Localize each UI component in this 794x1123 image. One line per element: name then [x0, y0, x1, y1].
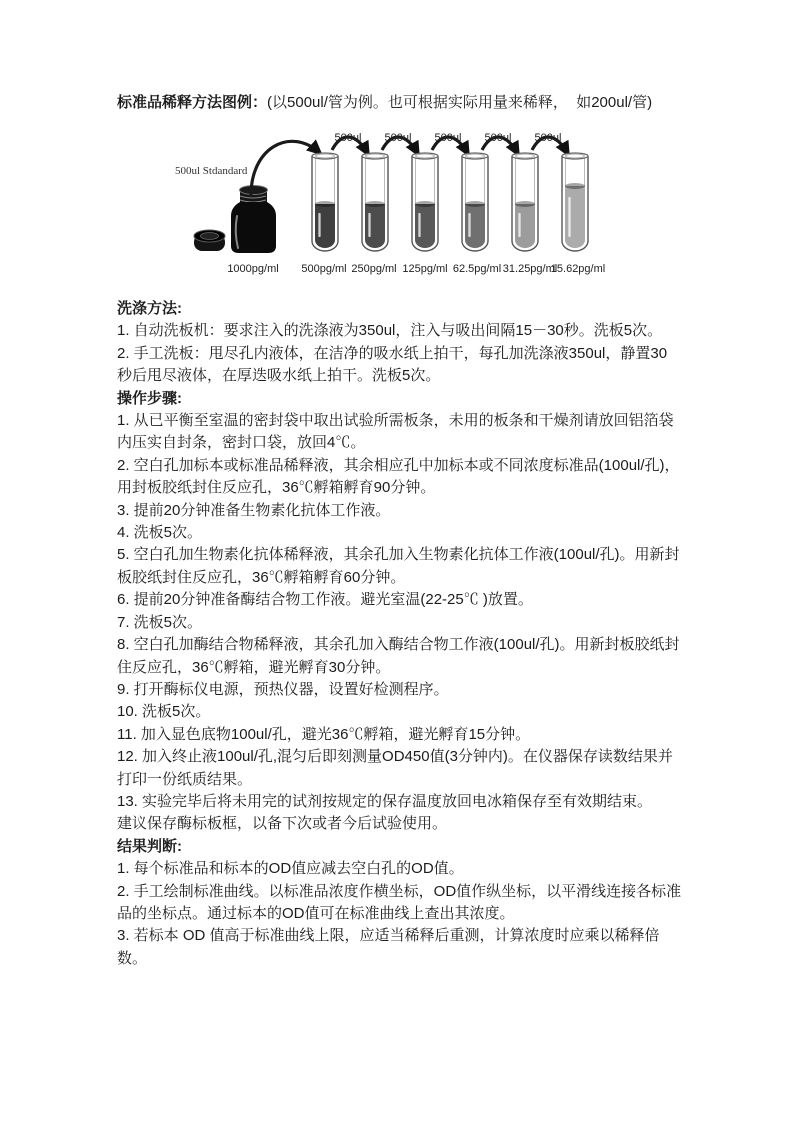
procedure-step: 3. 提前20分钟准备生物素化抗体工作液。 — [117, 500, 682, 522]
page-content: 标准品稀释方法图例：(以500ul/管为例。也可根据实际用量来稀释， 如200u… — [117, 92, 682, 970]
procedure-step: 1. 从已平衡至室温的密封袋中取出试验所需板条，未用的板条和干燥剂请放回铝箔袋内… — [117, 410, 682, 455]
transfer-volume-label: 500ul — [435, 132, 462, 144]
standard-bottle-icon — [231, 186, 276, 254]
tube-label: 250pg/ml — [351, 263, 396, 275]
procedure-step: 9. 打开酶标仪电源，预热仪器，设置好检测程序。 — [117, 679, 682, 701]
result-item: 2. 手工绘制标准曲线。以标准品浓度作横坐标，OD值作纵坐标，以平滑线连接各标准… — [117, 881, 682, 926]
test-tube — [412, 153, 438, 251]
tube-label: 62.5pg/ml — [453, 263, 501, 275]
section-heading-procedure: 操作步骤: — [117, 388, 682, 410]
washing-step: 1. 自动洗板机：要求注入的洗涤液为350ul，注入与吸出间隔15－30秒。洗板… — [117, 320, 682, 342]
procedure-step: 11. 加入显色底物100ul/孔，避光36℃孵箱，避光孵育15分钟。 — [117, 724, 682, 746]
test-tube — [362, 153, 388, 251]
procedure-step: 6. 提前20分钟准备酶结合物工作液。避光室温(22-25℃ )放置。 — [117, 589, 682, 611]
washing-step: 2. 手工洗板：甩尽孔内液体，在洁净的吸水纸上拍干，每孔加洗涤液350ul，静置… — [117, 343, 682, 388]
procedure-step: 2. 空白孔加标本或标准品稀释液，其余相应孔中加标本或不同浓度标准品(100ul… — [117, 455, 682, 500]
procedure-step: 5. 空白孔加生物素化抗体稀释液，其余孔加入生物素化抗体工作液(100ul/孔)… — [117, 544, 682, 589]
transfer-volume-label: 500ul — [485, 132, 512, 144]
bottle-cap-icon — [194, 230, 225, 251]
procedure-step: 7. 洗板5次。 — [117, 612, 682, 634]
standard-bottle-label: 500ul Stdandard — [175, 165, 248, 177]
result-item: 1. 每个标准品和标本的OD值应减去空白孔的OD值。 — [117, 858, 682, 880]
doc-title-bold: 标准品稀释方法图例： — [117, 94, 267, 111]
test-tube — [312, 153, 338, 251]
test-tube — [562, 153, 588, 251]
doc-title: 标准品稀释方法图例：(以500ul/管为例。也可根据实际用量来稀释， 如200u… — [117, 92, 682, 114]
doc-title-rest: (以500ul/管为例。也可根据实际用量来稀释， 如200ul/管) — [267, 94, 652, 111]
transfer-volume-label: 500ul — [535, 132, 562, 144]
test-tube — [462, 153, 488, 251]
procedure-step: 4. 洗板5次。 — [117, 522, 682, 544]
tube-label: 31.25pg/ml — [503, 263, 557, 275]
procedure-step: 12. 加入终止液100ul/孔,混匀后即刻测量OD450值(3分钟内)。在仪器… — [117, 746, 682, 791]
procedure-note: 建议保存酶标板框，以备下次或者今后试验使用。 — [117, 813, 682, 835]
document-page: { "title": { "bold": "标准品稀释方法图例：", "rest… — [0, 0, 794, 1123]
dilution-diagram: 500ul Stdandard — [145, 118, 615, 280]
section-heading-washing: 洗涤方法: — [117, 298, 682, 320]
result-item: 3. 若标本 OD 值高于标准曲线上限，应适当稀释后重测，计算浓度时应乘以稀释倍… — [117, 925, 682, 970]
tube-label: 125pg/ml — [402, 263, 447, 275]
procedure-step: 13. 实验完毕后将未用完的试剂按规定的保存温度放回电冰箱保存至有效期结束。 — [117, 791, 682, 813]
procedure-step: 8. 空白孔加酶结合物稀释液，其余孔加入酶结合物工作液(100ul/孔)。用新封… — [117, 634, 682, 679]
section-heading-results: 结果判断: — [117, 836, 682, 858]
tube-label: 500pg/ml — [301, 263, 346, 275]
tube-label: 15.62pg/ml — [551, 263, 605, 275]
bottle-concentration-label: 1000pg/ml — [227, 263, 278, 275]
test-tube — [512, 153, 538, 251]
procedure-step: 10. 洗板5次。 — [117, 701, 682, 723]
dilution-diagram-svg: 500ul Stdandard — [145, 118, 615, 280]
transfer-volume-label: 500ul — [385, 132, 412, 144]
transfer-volume-label: 500ul — [335, 132, 362, 144]
